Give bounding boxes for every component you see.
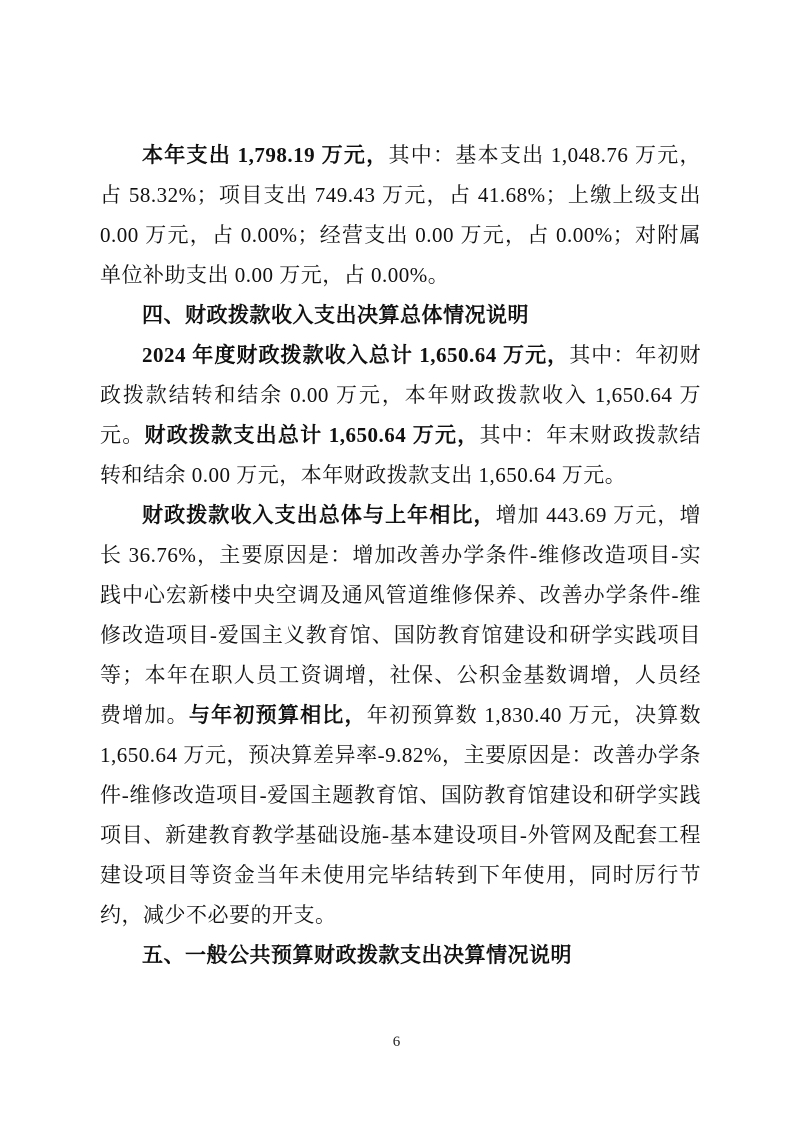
- document-page: 本年支出 1,798.19 万元，其中：基本支出 1,048.76 万元，占 5…: [0, 0, 793, 1122]
- initial-budget-comparison-bold: 与年初预算相比，: [189, 703, 367, 727]
- prior-year-comparison-bold: 财政拨款收入支出总体与上年相比，: [142, 503, 496, 527]
- section-heading-4: 四、财政拨款收入支出决算总体情况说明: [100, 295, 701, 335]
- page-number: 6: [393, 1034, 401, 1050]
- prior-year-comparison-detail: 增加 443.69 万元，增长 36.76%，主要原因是：增加改善办学条件-维修…: [100, 503, 701, 727]
- paragraph-year-comparison: 财政拨款收入支出总体与上年相比，增加 443.69 万元，增长 36.76%，主…: [100, 495, 701, 935]
- fiscal-expenditure-total-bold: 财政拨款支出总计 1,650.64 万元，: [144, 423, 479, 447]
- fiscal-income-total-bold: 2024 年度财政拨款收入总计 1,650.64 万元，: [142, 343, 569, 367]
- paragraph-fiscal-appropriation-totals: 2024 年度财政拨款收入总计 1,650.64 万元，其中：年初财政拨款结转和…: [100, 335, 701, 495]
- document-body: 本年支出 1,798.19 万元，其中：基本支出 1,048.76 万元，占 5…: [100, 135, 701, 975]
- initial-budget-comparison-detail: 年初预算数 1,830.40 万元，决算数 1,650.64 万元，预决算差异率…: [100, 703, 701, 927]
- section-heading-5: 五、一般公共预算财政拨款支出决算情况说明: [100, 935, 701, 975]
- annual-expenditure-total-bold: 本年支出 1,798.19 万元，: [142, 143, 388, 167]
- page-footer: 6: [0, 1033, 793, 1051]
- paragraph-annual-expenditure: 本年支出 1,798.19 万元，其中：基本支出 1,048.76 万元，占 5…: [100, 135, 701, 295]
